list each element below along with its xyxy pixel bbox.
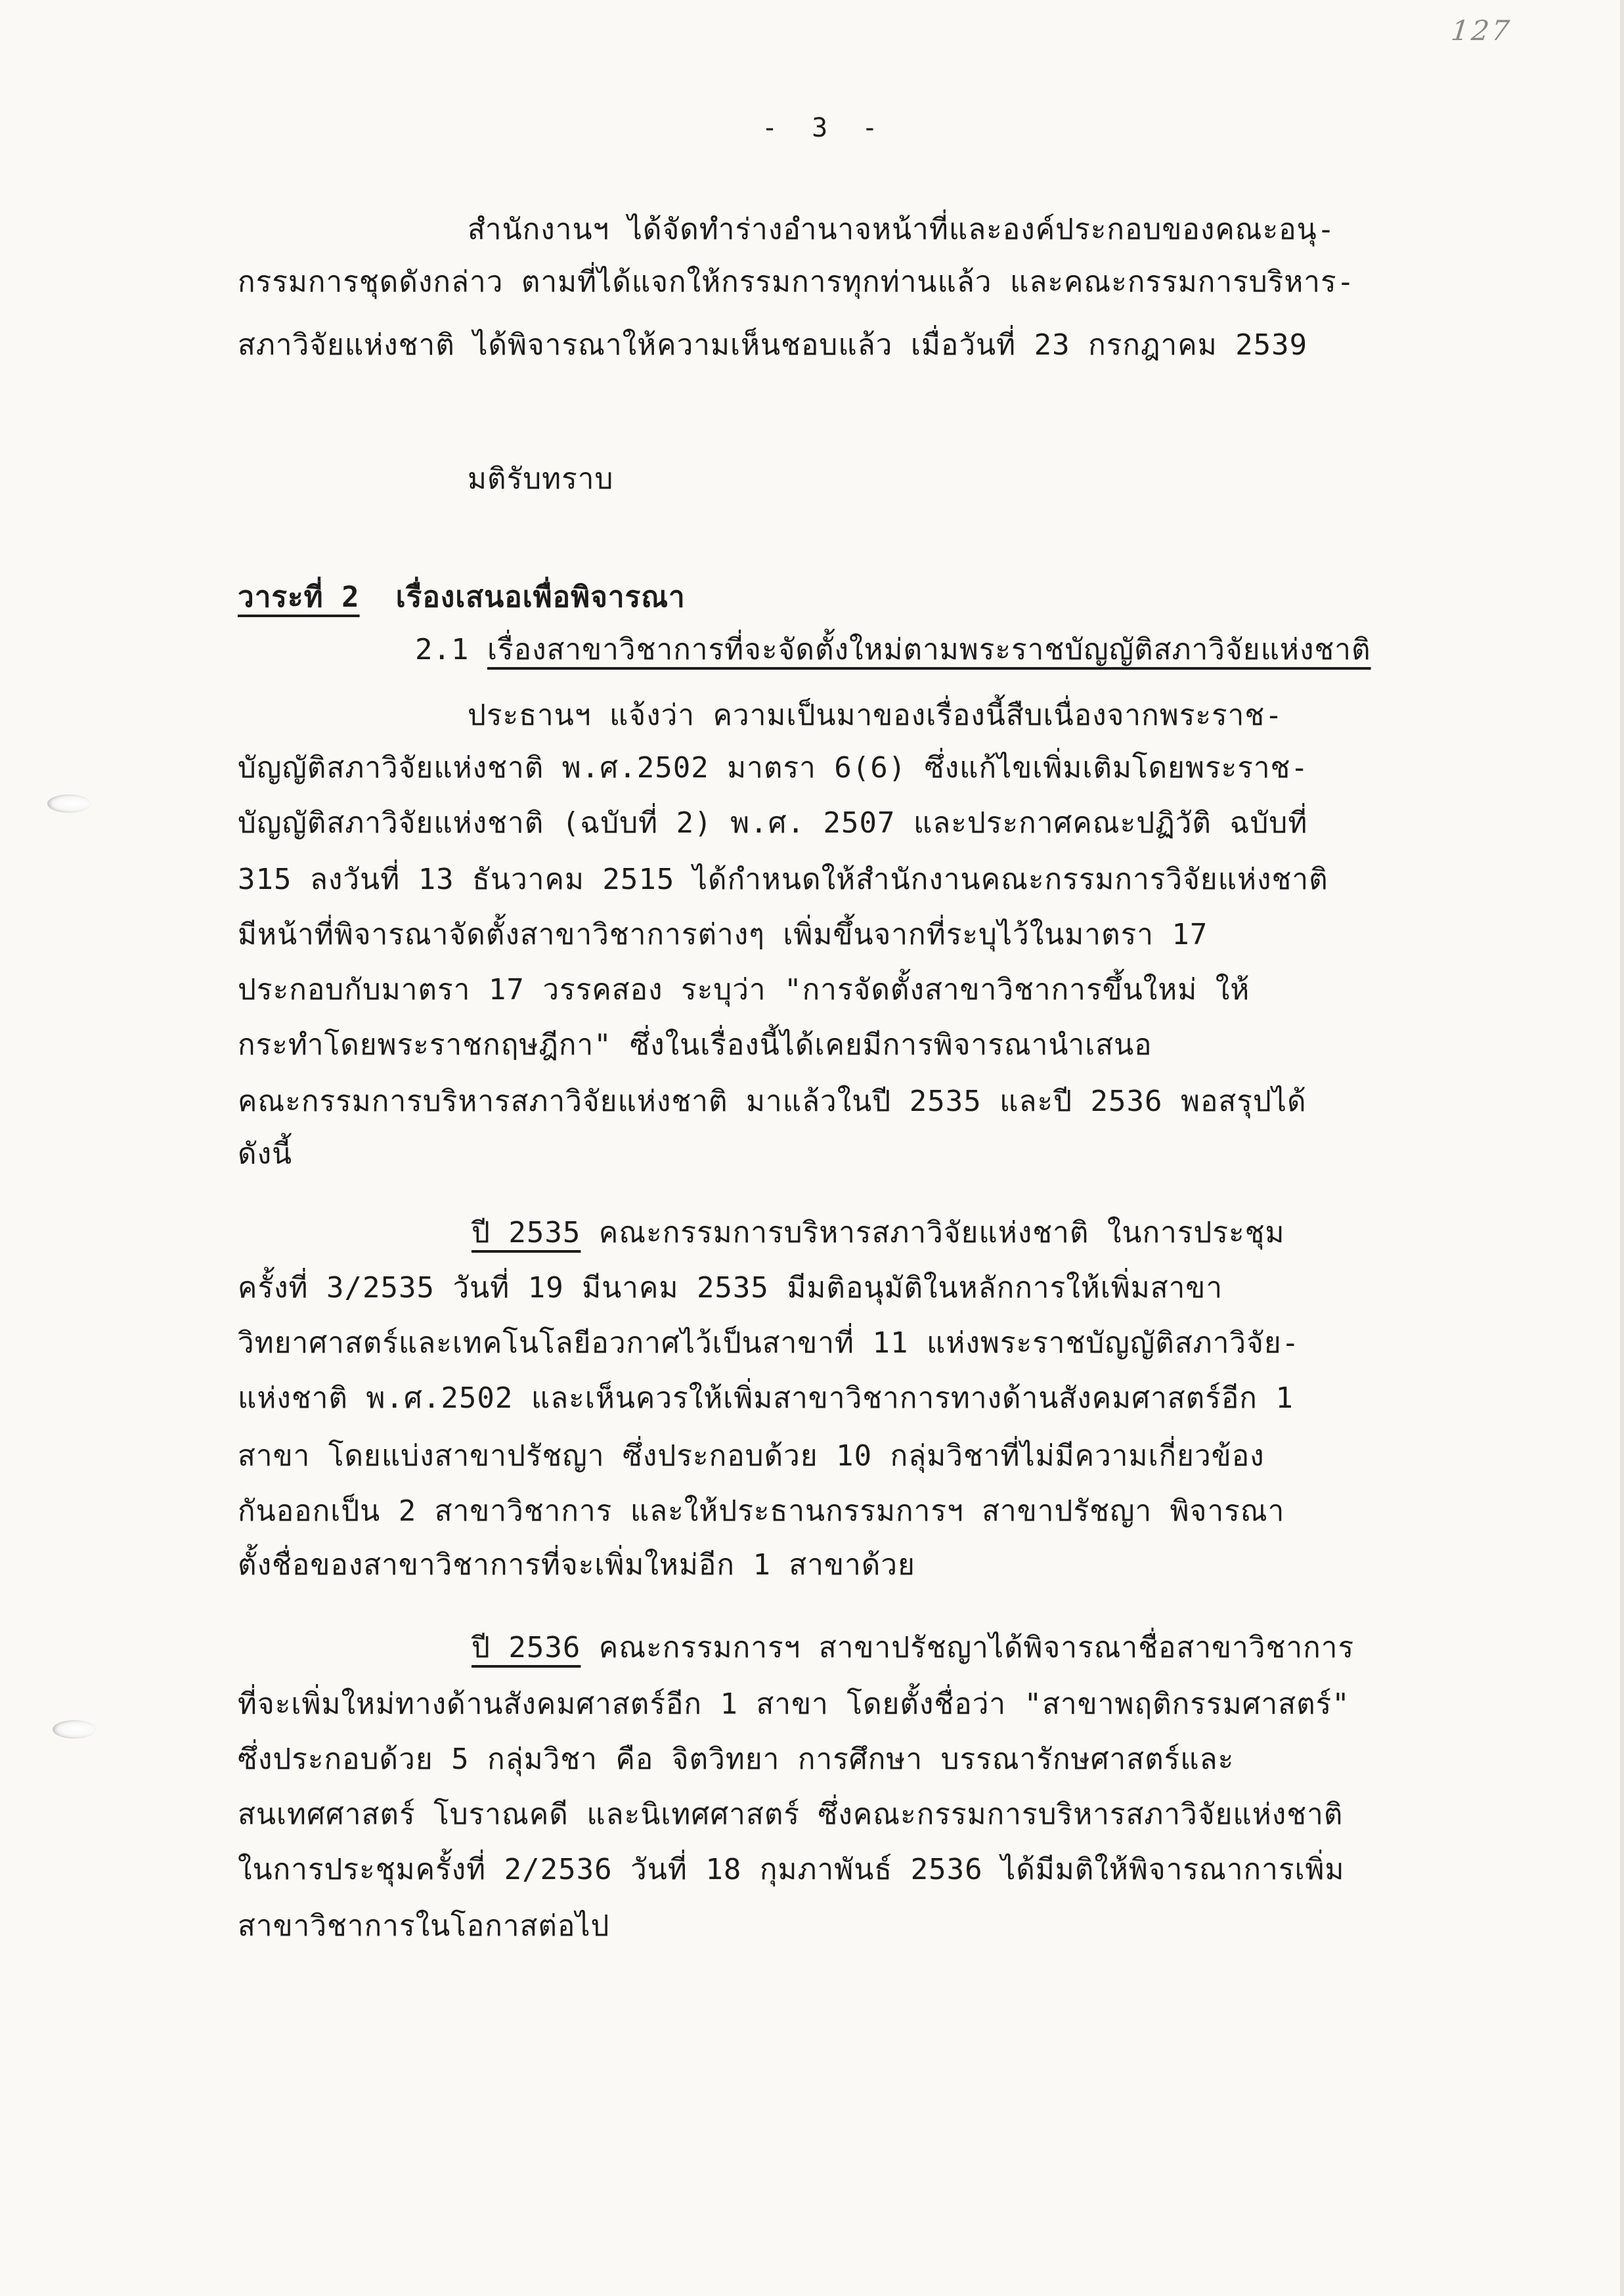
resolution: มติรับทราบ — [468, 460, 613, 499]
agenda-heading: วาระที่ 2 เรื่องเสนอเพื่อพิจารณา — [238, 578, 686, 617]
year-2536-first-line: คณะกรรมการฯ สาขาปรัชญาได้พิจารณาชื่อสาขา… — [581, 1631, 1354, 1664]
page-edge — [1620, 0, 1624, 2296]
year-2535-line: ครั้งที่ 3/2535 วันที่ 19 มีนาคม 2535 มี… — [238, 1268, 1223, 1308]
background-line: บัญญัติสภาวิจัยแห่งชาติ (ฉบับที่ 2) พ.ศ.… — [238, 804, 1307, 843]
year-2535-label: ปี 2535 — [472, 1216, 581, 1249]
agenda-item-heading: 2.1 เรื่องสาขาวิชาการที่จะจัดตั้งใหม่ตาม… — [415, 630, 1371, 670]
agenda-title: เรื่องเสนอเพื่อพิจารณา — [396, 580, 686, 614]
year-2536-line: สนเทศศาสตร์ โบราณคดี และนิเทศศาสตร์ ซึ่ง… — [238, 1795, 1343, 1834]
background-line: กระทำโดยพระราชกฤษฎีกา" ซึ่งในเรื่องนี้ได… — [238, 1026, 1152, 1065]
year-2536-line: สาขาวิชาการในโอกาสต่อไป — [238, 1907, 610, 1946]
intro-line: สำนักงานฯ ได้จัดทำร่างอำนาจหน้าที่และองค… — [468, 210, 1335, 249]
year-2535-line: วิทยาศาสตร์และเทคโนโลยีอวกาศไว้เป็นสาขาท… — [238, 1324, 1300, 1363]
year-2535-first-line: คณะกรรมการบริหารสภาวิจัยแห่งชาติ ในการปร… — [581, 1216, 1284, 1249]
handwritten-page-number: 127 — [1449, 14, 1513, 47]
year-2536-label: ปี 2536 — [472, 1631, 581, 1664]
background-line: ดังนี้ — [238, 1135, 292, 1174]
punch-hole-top — [47, 794, 91, 813]
year-2535-line: กันออกเป็น 2 สาขาวิชาการ และให้ประธานกรร… — [238, 1492, 1284, 1531]
background-line: ประธานฯ แจ้งว่า ความเป็นมาของเรื่องนี้สื… — [468, 696, 1283, 735]
year-2535-line: แห่งชาติ พ.ศ.2502 และเห็นควรให้เพิ่มสาขา… — [238, 1379, 1294, 1418]
agenda-item-number: 2.1 — [415, 633, 469, 666]
document-page: 127 - 3 - สำนักงานฯ ได้จัดทำร่างอำนาจหน้… — [0, 0, 1624, 2296]
agenda-label: วาระที่ 2 — [238, 580, 360, 614]
year-2535-line: ตั้งชื่อของสาขาวิชาการที่จะเพิ่มใหม่อีก … — [238, 1546, 915, 1585]
page-number: - 3 - — [762, 113, 887, 143]
background-line: ประกอบกับมาตรา 17 วรรคสอง ระบุว่า "การจั… — [238, 970, 1250, 1010]
background-line: คณะกรรมการบริหารสภาวิจัยแห่งชาติ มาแล้วใ… — [238, 1082, 1307, 1121]
year-2535-line: สาขา โดยแบ่งสาขาปรัชญา ซึ่งประกอบด้วย 10… — [238, 1437, 1265, 1476]
intro-line: กรรมการชุดดังกล่าว ตามที่ได้แจกให้กรรมกา… — [238, 263, 1355, 302]
year-2536-line: ซึ่งประกอบด้วย 5 กลุ่มวิชา คือ จิตวิทยา … — [238, 1740, 1234, 1779]
year-2535-heading: ปี 2535 คณะกรรมการบริหารสภาวิจัยแห่งชาติ… — [472, 1213, 1285, 1253]
agenda-item-title: เรื่องสาขาวิชาการที่จะจัดตั้งใหม่ตามพระร… — [487, 633, 1371, 666]
background-line: มีหน้าที่พิจารณาจัดตั้งสาขาวิชาการต่างๆ … — [238, 915, 1208, 955]
background-line: 315 ลงวันที่ 13 ธันวาคม 2515 ได้กำหนดให้… — [238, 860, 1328, 899]
background-line: บัญญัติสภาวิจัยแห่งชาติ พ.ศ.2502 มาตรา 6… — [238, 748, 1309, 788]
punch-hole-bottom — [53, 1720, 96, 1739]
intro-line: สภาวิจัยแห่งชาติ ได้พิจารณาให้ความเห็นชอ… — [238, 326, 1307, 365]
year-2536-heading: ปี 2536 คณะกรรมการฯ สาขาปรัชญาได้พิจารณา… — [472, 1628, 1354, 1668]
year-2536-line: ในการประชุมครั้งที่ 2/2536 วันที่ 18 กุม… — [238, 1850, 1345, 1890]
year-2536-line: ที่จะเพิ่มใหม่ทางด้านสังคมศาสตร์อีก 1 สา… — [238, 1685, 1350, 1724]
